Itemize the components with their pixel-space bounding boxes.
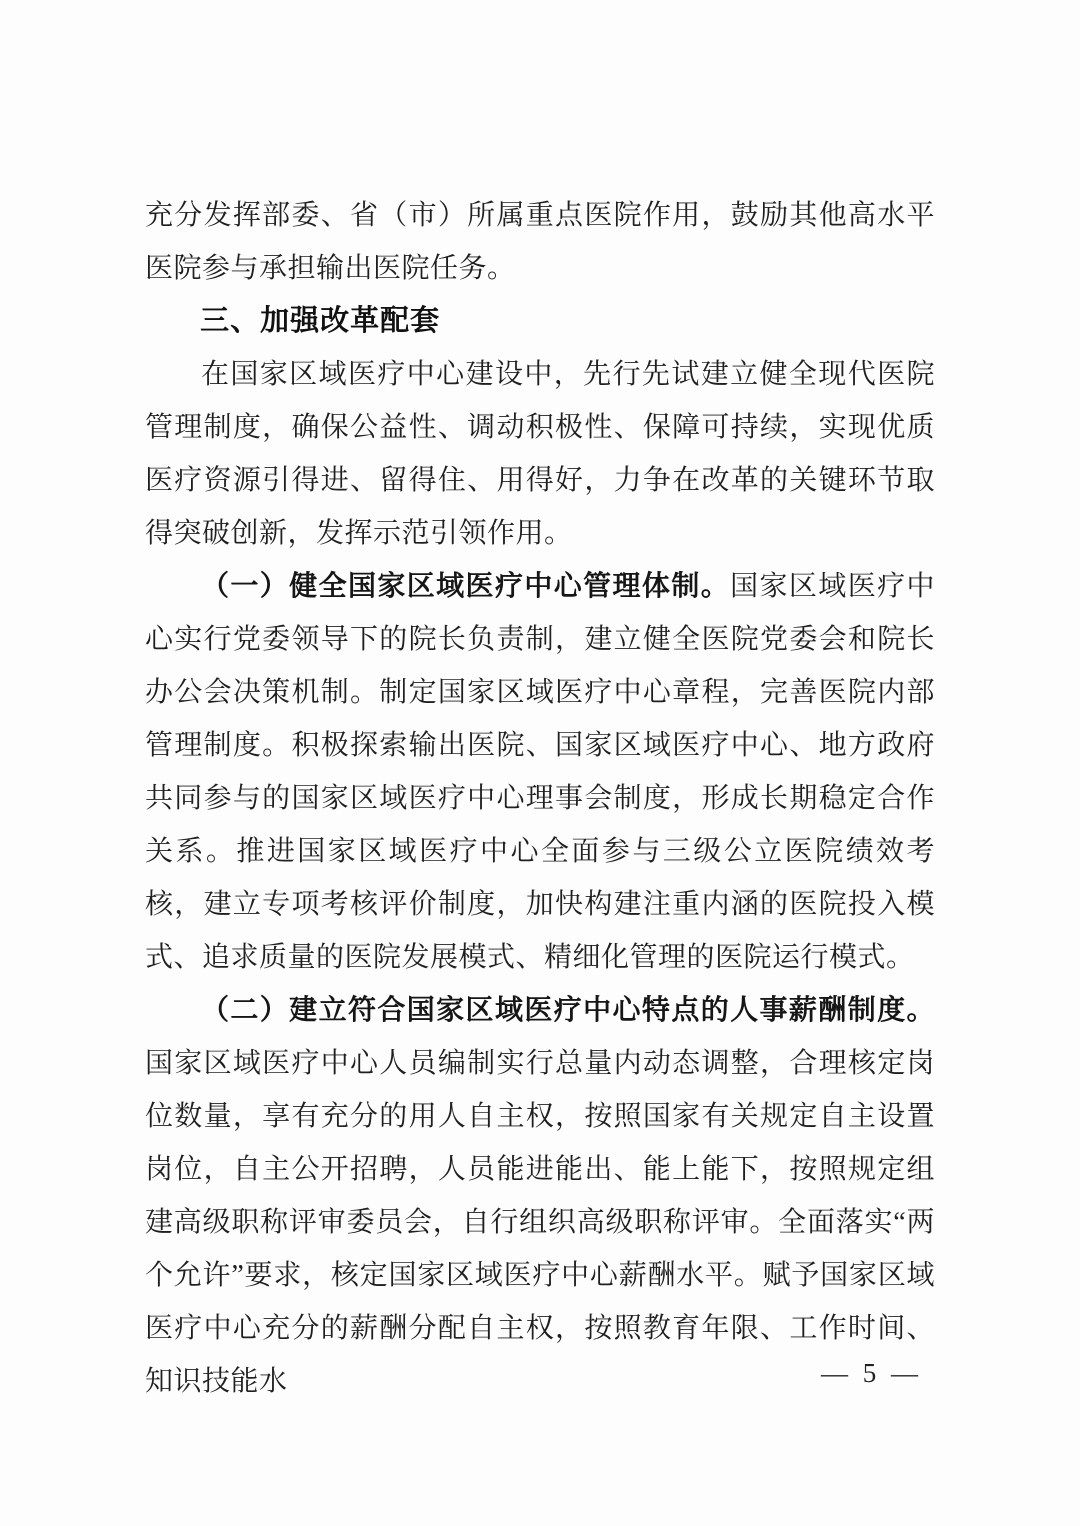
paragraph-text: 国家区域医疗中心实行党委领导下的院长负责制，建立健全医院党委会和院长办公会决策机… <box>145 571 935 973</box>
body-paragraph: （二）建立符合国家区域医疗中心特点的人事薪酬制度。国家区域医疗中心人员编制实行总… <box>145 984 935 1408</box>
paragraph-text: 在国家区域医疗中心建设中，先行先试建立健全现代医院管理制度，确保公益性、调动积极… <box>145 359 935 549</box>
body-paragraph: 在国家区域医疗中心建设中，先行先试建立健全现代医院管理制度，确保公益性、调动积极… <box>145 348 935 560</box>
section-heading-text: 三、加强改革配套 <box>200 305 440 337</box>
paragraph-text: 充分发挥部委、省（市）所属重点医院作用，鼓励其他高水平医院参与承担输出医院任务。 <box>145 200 935 284</box>
page-number: — 5 — <box>821 1353 922 1393</box>
paragraph-lead: （二）建立符合国家区域医疗中心特点的人事薪酬制度。 <box>201 995 935 1026</box>
document-page: 充分发挥部委、省（市）所属重点医院作用，鼓励其他高水平医院参与承担输出医院任务。… <box>0 0 1080 1526</box>
body-paragraph: （一）健全国家区域医疗中心管理体制。国家区域医疗中心实行党委领导下的院长负责制，… <box>145 560 935 984</box>
body-paragraph: 充分发挥部委、省（市）所属重点医院作用，鼓励其他高水平医院参与承担输出医院任务。 <box>145 189 935 295</box>
paragraph-text: 国家区域医疗中心人员编制实行总量内动态调整，合理核定岗位数量，享有充分的用人自主… <box>145 1048 935 1397</box>
section-heading: 三、加强改革配套 <box>145 295 935 348</box>
paragraph-lead: （一）健全国家区域医疗中心管理体制。 <box>201 571 730 602</box>
document-body: 充分发挥部委、省（市）所属重点医院作用，鼓励其他高水平医院参与承担输出医院任务。… <box>145 189 935 1408</box>
